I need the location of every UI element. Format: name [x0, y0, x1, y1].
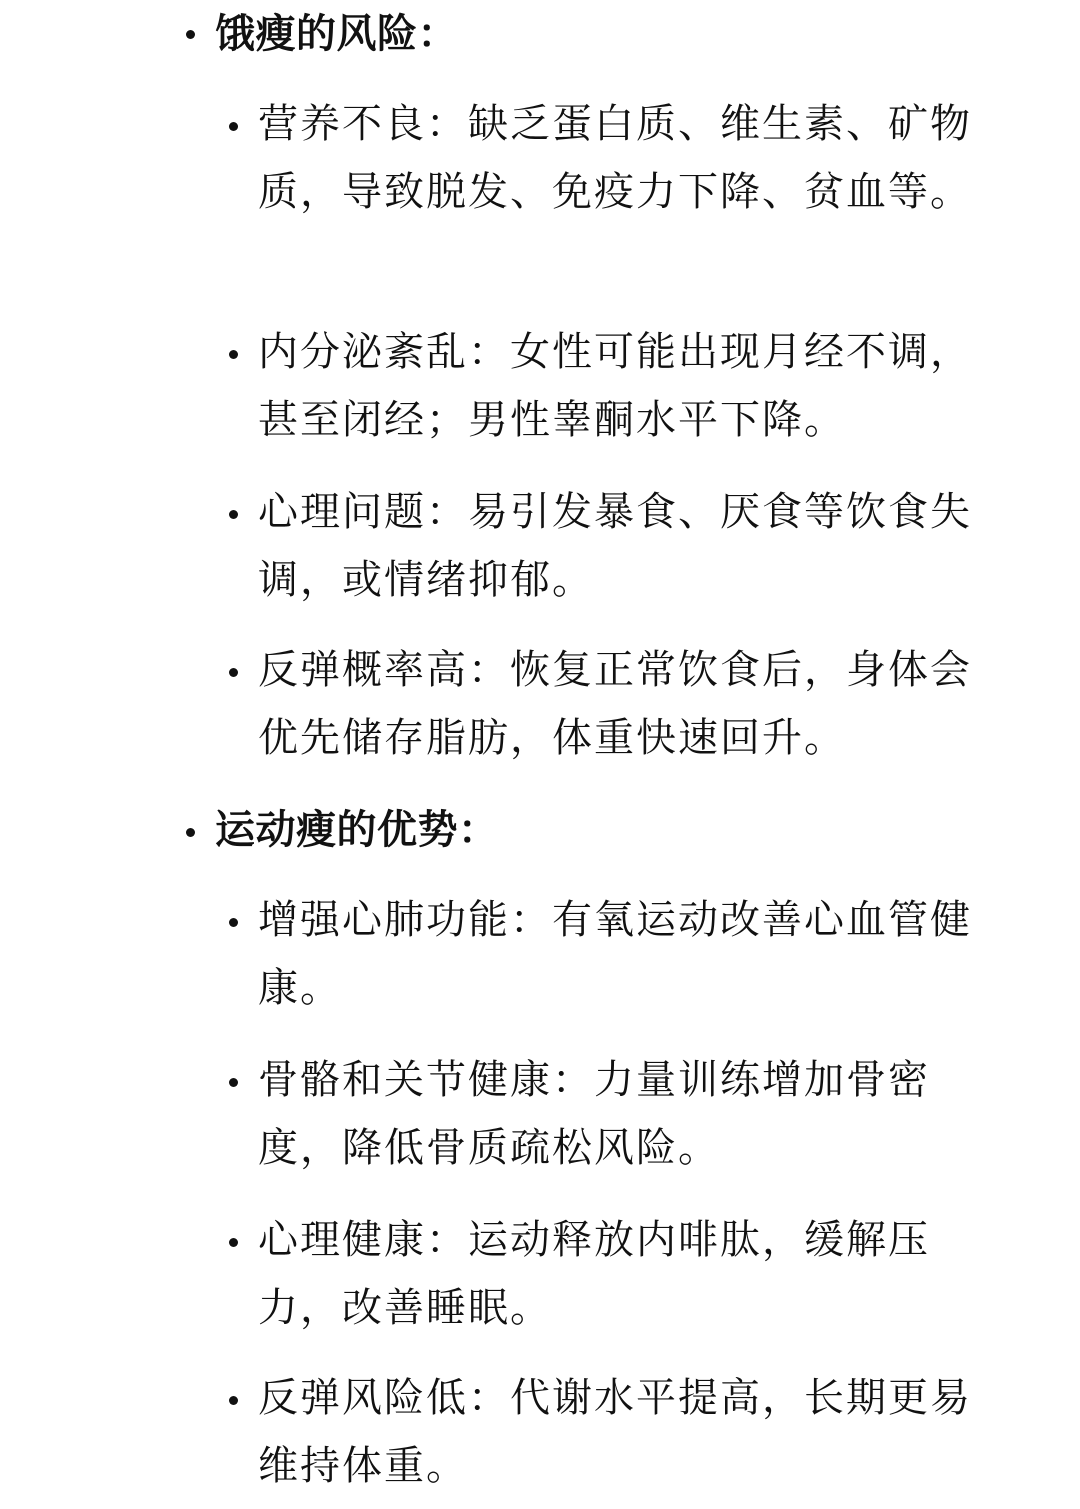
bullet-icon: [229, 122, 238, 131]
list-item-mental-health: 心理健康：运动释放内啡肽，缓解压力，改善睡眠。: [258, 1206, 1003, 1342]
bullet-icon: [229, 350, 238, 359]
list-item-endocrine-disorder: 内分泌紊乱：女性可能出现月经不调，甚至闭经；男性睾酮水平下降。: [258, 318, 1003, 454]
bullet-icon: [229, 510, 238, 519]
bullet-icon: [229, 1396, 238, 1405]
bullet-icon: [186, 828, 195, 837]
list-item-malnutrition: 营养不良：缺乏蛋白质、维生素、矿物质，导致脱发、免疫力下降、贫血等。: [258, 90, 1003, 226]
bullet-icon: [186, 30, 195, 39]
bullet-icon: [229, 1238, 238, 1247]
section-heading-exercise-advantages: 运动瘦的优势：: [215, 796, 499, 864]
list-item-psychological-issues: 心理问题：易引发暴食、厌食等饮食失调，或情绪抑郁。: [258, 478, 1003, 614]
list-item-high-rebound: 反弹概率高：恢复正常饮食后，身体会优先储存脂肪，体重快速回升。: [258, 636, 1003, 772]
list-item-cardio-function: 增强心肺功能：有氧运动改善心血管健康。: [258, 886, 1003, 1022]
list-item-low-rebound: 反弹风险低：代谢水平提高，长期更易维持体重。: [258, 1364, 1003, 1500]
bullet-icon: [229, 668, 238, 677]
bullet-icon: [229, 918, 238, 927]
section-heading-starving-risks: 饿瘦的风险：: [215, 0, 458, 68]
bullet-icon: [229, 1078, 238, 1087]
list-item-bone-joint-health: 骨骼和关节健康：力量训练增加骨密度，降低骨质疏松风险。: [258, 1046, 1003, 1182]
